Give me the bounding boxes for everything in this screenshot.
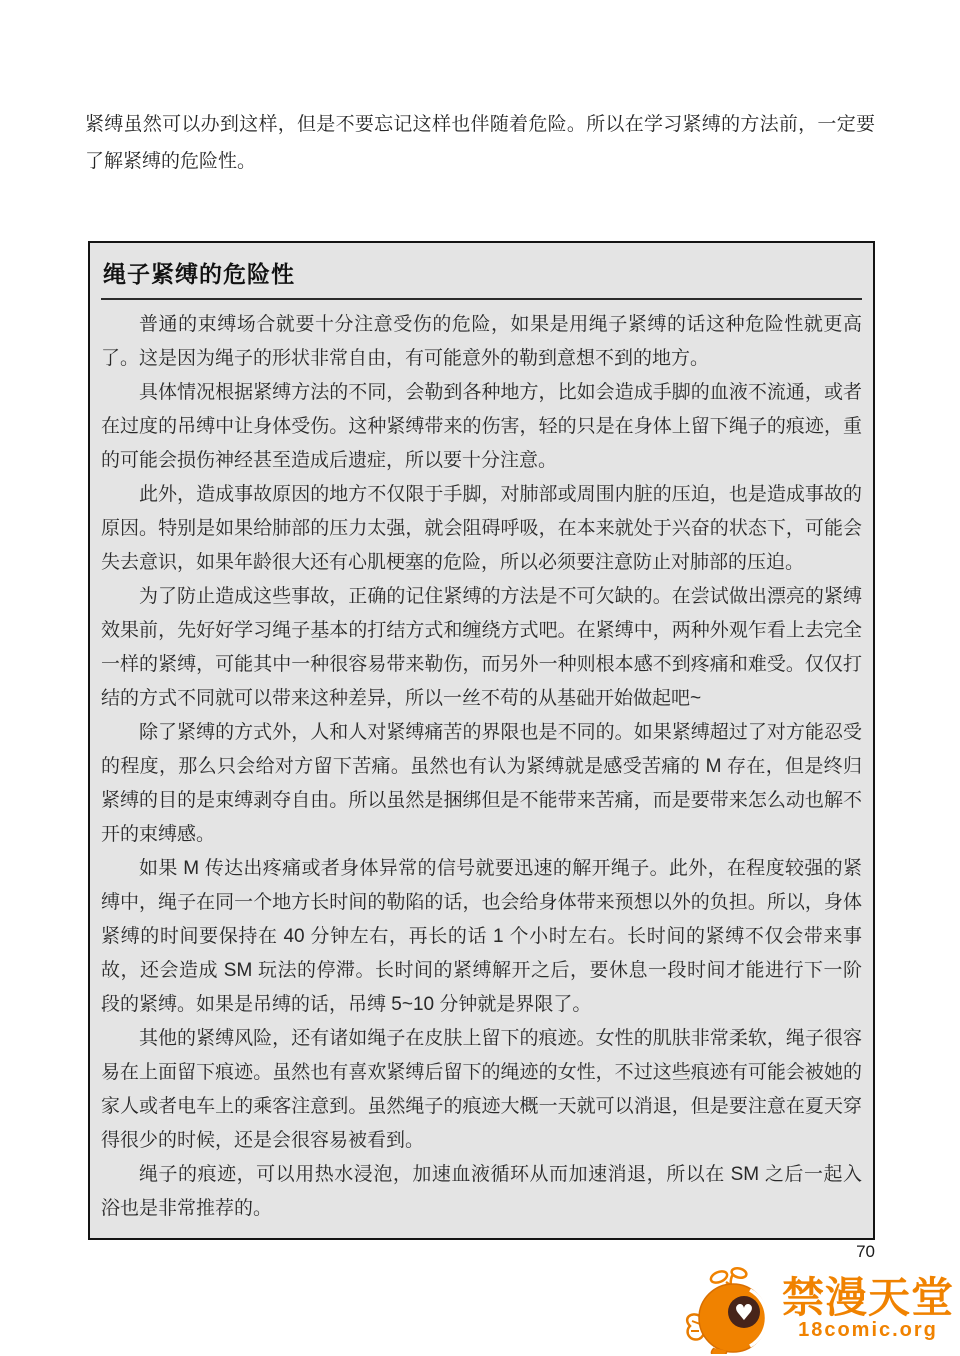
watermark-site-url: 18comic.org [798, 1319, 938, 1341]
page-number: 70 [856, 1242, 875, 1262]
box-body: 普通的束缚场合就要十分注意受伤的危险，如果是用绳子紧缚的话这种危险性就更高了。这… [101, 308, 862, 1226]
box-paragraph: 如果 M 传达出疼痛或者身体异常的信号就要迅速的解开绳子。此外，在程度较强的紧缚… [101, 852, 862, 1022]
watermark-text: 禁漫天堂 18comic.org [782, 1276, 954, 1341]
site-watermark: ♥ 禁漫天堂 18comic.org [684, 1266, 954, 1354]
box-paragraph: 其他的紧缚风险，还有诸如绳子在皮肤上留下的痕迹。女性的肌肤非常柔软，绳子很容易在… [101, 1022, 862, 1158]
watermark-site-name: 禁漫天堂 [782, 1276, 954, 1320]
svg-text:♥: ♥ [734, 1301, 754, 1326]
box-paragraph: 此外，造成事故原因的地方不仅限于手脚，对肺部或周围内脏的压迫，也是造成事故的原因… [101, 478, 862, 580]
box-paragraph: 具体情况根据紧缚方法的不同，会勒到各种地方，比如会造成手脚的血液不流通，或者在过… [101, 376, 862, 478]
box-paragraph: 除了紧缚的方式外，人和人对紧缚痛苦的界限也是不同的。如果紧缚超过了对方能忍受的程… [101, 716, 862, 852]
title-divider [101, 298, 862, 300]
orange-whale-mascot-icon: ♥ [684, 1266, 780, 1354]
box-paragraph: 绳子的痕迹，可以用热水浸泡，加速血液循环从而加速消退，所以在 SM 之后一起入浴… [101, 1158, 862, 1226]
intro-paragraph: 紧缚虽然可以办到这样，但是不要忘记这样也伴随着危险。所以在学习紧缚的方法前，一定… [85, 106, 875, 180]
box-paragraph: 普通的束缚场合就要十分注意受伤的危险，如果是用绳子紧缚的话这种危险性就更高了。这… [101, 308, 862, 376]
box-title: 绳子紧缚的危险性 [101, 259, 862, 289]
danger-box: 绳子紧缚的危险性 普通的束缚场合就要十分注意受伤的危险，如果是用绳子紧缚的话这种… [88, 241, 875, 1240]
box-paragraph: 为了防止造成这些事故，正确的记住紧缚的方法是不可欠缺的。在尝试做出漂亮的紧缚效果… [101, 580, 862, 716]
